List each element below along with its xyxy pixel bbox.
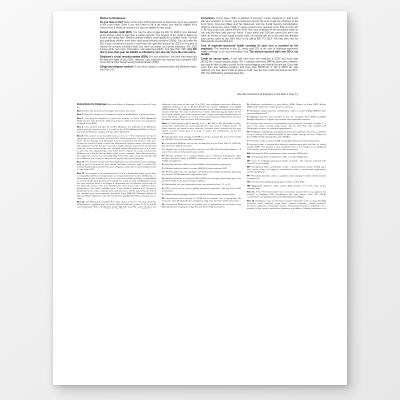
paragraph-lead: C— bbox=[162, 148, 166, 151]
paragraph: K—20% excise tax on excess golden parach… bbox=[162, 187, 241, 192]
paragraph: S—Employee salary reduction contribution… bbox=[247, 109, 326, 114]
paragraph: V—Income from exercise of nonstatutory s… bbox=[247, 122, 326, 130]
paragraph-lead: Credit for excess taxes. bbox=[201, 57, 229, 60]
paragraph-lead: Box 5. bbox=[77, 117, 84, 120]
paragraph: GG—Income from qualified equity grants u… bbox=[247, 181, 326, 184]
paragraph-lead: A— bbox=[162, 136, 166, 139]
paragraph-lead: Y— bbox=[247, 139, 251, 142]
paragraph-lead: AA— bbox=[247, 152, 252, 155]
paragraph: Box 5. You may be required to report thi… bbox=[77, 117, 156, 125]
paragraph-lead: BB— bbox=[247, 156, 252, 159]
paragraph-lead: B— bbox=[162, 142, 166, 145]
paragraph: B—Uncollected Medicare tax on tips. Incl… bbox=[162, 142, 241, 147]
paragraph: DD—Cost of employer-sponsored health cov… bbox=[247, 159, 326, 164]
paragraph-lead: V— bbox=[247, 122, 251, 125]
paragraph: Employee's social security number (SSN).… bbox=[100, 55, 197, 64]
paragraph-lead: Box 6. bbox=[77, 126, 84, 129]
paragraph: Box 10. This amount includes the total d… bbox=[77, 161, 156, 171]
paragraph: Z—Income under a nonqualified deferred c… bbox=[247, 143, 326, 151]
copy-c-crossreference-note: (See also Instructions for Employee on t… bbox=[100, 93, 298, 101]
document-page: Notice to Employee Do you have to file? … bbox=[53, 11, 347, 385]
paragraph: Clergy and religious workers. If you are… bbox=[100, 65, 197, 71]
paragraph: Credit for excess taxes. If you had more… bbox=[201, 57, 298, 74]
paragraph-lead: Box 1. bbox=[77, 109, 83, 112]
paragraph-lead: K— bbox=[162, 187, 166, 190]
paragraph-lead: Corrections. bbox=[201, 17, 215, 20]
paragraph-lead: Earned income credit (EIC). bbox=[100, 31, 132, 34]
paragraph-lead: DD— bbox=[247, 159, 252, 162]
paragraph-lead: W— bbox=[247, 131, 251, 134]
instructions-column-3: R—Employer contributions to your Archer … bbox=[247, 103, 326, 209]
paragraph-lead: Clergy and religious workers. bbox=[100, 65, 134, 68]
paragraph: Earned income credit (EIC). You may be a… bbox=[100, 31, 197, 54]
paragraph: Box 6. This amount includes the 1.45% Me… bbox=[77, 126, 156, 134]
paragraph: Y—Deferrals under a section 409A nonqual… bbox=[247, 139, 326, 142]
paragraph-lead: HH— bbox=[247, 184, 252, 187]
paragraph: H—Elective deferrals to a section 501(c)… bbox=[162, 177, 241, 182]
paragraph: W—Employer contributions (including amou… bbox=[247, 131, 326, 139]
paragraph: M—Uncollected social security or RRTA ta… bbox=[162, 197, 241, 202]
paragraph: EE—Designated Roth contributions under a… bbox=[247, 166, 326, 174]
paragraph-lead: F— bbox=[162, 167, 165, 170]
paragraph: BB—Designated Roth contributions under a… bbox=[247, 156, 326, 159]
paragraph-lead: N— bbox=[162, 203, 166, 206]
paragraph-lead: Do you have to file? bbox=[100, 21, 123, 24]
instructions-for-employee-section: Instructions for Employee (See also Noti… bbox=[77, 103, 326, 209]
paragraph: F—Elective deferrals under a section 408… bbox=[162, 167, 241, 170]
paragraph-lead: Box 12. bbox=[77, 201, 85, 204]
notice-column-2: Corrections. If your name, SSN, or addre… bbox=[201, 17, 298, 76]
paragraph: AA—Designated Roth contributions under a… bbox=[247, 152, 326, 155]
paragraph: A—Uncollected social security or RRTA ta… bbox=[162, 136, 241, 141]
instructions-title: Instructions for Employee (See also Noti… bbox=[77, 103, 156, 108]
notice-title: Notice to Employee bbox=[100, 17, 197, 20]
paragraph-lead: T— bbox=[247, 116, 250, 119]
instructions-column-1-paragraphs: Box 1. Enter this amount on the wages li… bbox=[77, 109, 156, 209]
paragraph: Corrections. If your name, SSN, or addre… bbox=[201, 17, 298, 43]
paragraph-lead: L— bbox=[162, 193, 165, 196]
paragraph: Box 11. This amount is (a) reported in b… bbox=[77, 172, 156, 200]
notice-column-1-paragraphs: Do you have to file? Refer to the Form 1… bbox=[100, 21, 197, 72]
paragraph-lead: EE— bbox=[247, 166, 252, 169]
paragraph: R—Employer contributions to your Archer … bbox=[247, 103, 326, 108]
page-background: Notice to Employee Do you have to file? … bbox=[0, 0, 400, 400]
notice-to-employee-section: Notice to Employee Do you have to file? … bbox=[100, 17, 298, 97]
paragraph-lead: S— bbox=[247, 109, 251, 112]
paragraph-lead: Note: bbox=[162, 122, 167, 125]
paragraph-lead: Box 11. bbox=[77, 172, 85, 175]
paragraph-lead: Box 14. bbox=[247, 199, 255, 202]
paragraph: L—Substantiated employee business expens… bbox=[162, 193, 241, 196]
paragraph: HH—Aggregate deferrals under section 83(… bbox=[247, 184, 326, 189]
paragraph-lead: R— bbox=[247, 103, 251, 106]
notice-column-1: Notice to Employee Do you have to file? … bbox=[100, 17, 197, 76]
paragraph-lead: D— bbox=[162, 154, 166, 157]
paragraph: E—Elective deferrals under a section 403… bbox=[162, 163, 241, 166]
paragraph: G—Elective deferrals and employer contri… bbox=[162, 171, 241, 176]
paragraph-lead: J— bbox=[162, 183, 165, 186]
paragraph: Do you have to file? Refer to the Form 1… bbox=[100, 21, 197, 30]
paragraph-lead: M— bbox=[162, 197, 166, 200]
paragraph-lead: Box 10. bbox=[77, 161, 85, 164]
paragraph-bold-tail: The amount reported with code DD is not … bbox=[201, 50, 298, 56]
paragraph-lead: G— bbox=[162, 171, 166, 174]
paragraph-lead: Employee's social security number (SSN). bbox=[100, 55, 148, 58]
paragraph: Note: If a year follows code D through H… bbox=[162, 122, 241, 135]
instructions-column-2: However, if you were at least age 50 in … bbox=[162, 103, 241, 209]
paragraph: Box 8. This amount is not included in bo… bbox=[77, 134, 156, 159]
paragraph: Box 14. Employers may use this box to re… bbox=[247, 199, 326, 209]
paragraph: T—Adoption benefits (not included in box… bbox=[247, 116, 326, 121]
paragraph-lead: GG— bbox=[247, 181, 252, 184]
paragraph-lead: Box 2. bbox=[77, 113, 83, 116]
paragraph: FF—Permitted benefits under a qualified … bbox=[247, 174, 326, 179]
paragraph-lead: Box 13. bbox=[247, 191, 255, 194]
paragraph: Box 2. Enter this amount on the federal … bbox=[77, 113, 156, 116]
paragraph: J—Nontaxable sick pay (information only,… bbox=[162, 183, 241, 186]
paragraph: Cost of employer-sponsored health covera… bbox=[201, 44, 298, 56]
instructions-column-1: Instructions for Employee (See also Noti… bbox=[77, 103, 156, 209]
paragraph: Box 1. Enter this amount on the wages li… bbox=[77, 109, 156, 112]
paragraph: C—Taxable cost of group-term life insura… bbox=[162, 148, 241, 153]
copy-c-crossreference-text: (See also Instructions for Employee on t… bbox=[100, 93, 298, 96]
paragraph-bold-tail: Any EIC that is more than your tax liabi… bbox=[100, 48, 197, 54]
paragraph-lead: FF— bbox=[247, 174, 252, 177]
instructions-title-bold: Instructions for Employee bbox=[77, 103, 107, 106]
paragraph: Box 12. The following list explains the … bbox=[77, 201, 156, 210]
paragraph-lead: H— bbox=[162, 177, 166, 180]
paragraph-lead: E— bbox=[162, 163, 166, 166]
paragraph-lead: Box 8. bbox=[77, 134, 84, 137]
paragraph-lead: Z— bbox=[247, 143, 250, 146]
paragraph: D—Elective deferrals to a section 401(k)… bbox=[162, 154, 241, 162]
paragraph: N—Uncollected Medicare tax on taxable co… bbox=[162, 203, 241, 208]
paragraph: Box 13. If the "Retirement plan" box is … bbox=[247, 191, 326, 199]
paragraph: However, if you were at least age 50 in … bbox=[162, 103, 241, 121]
